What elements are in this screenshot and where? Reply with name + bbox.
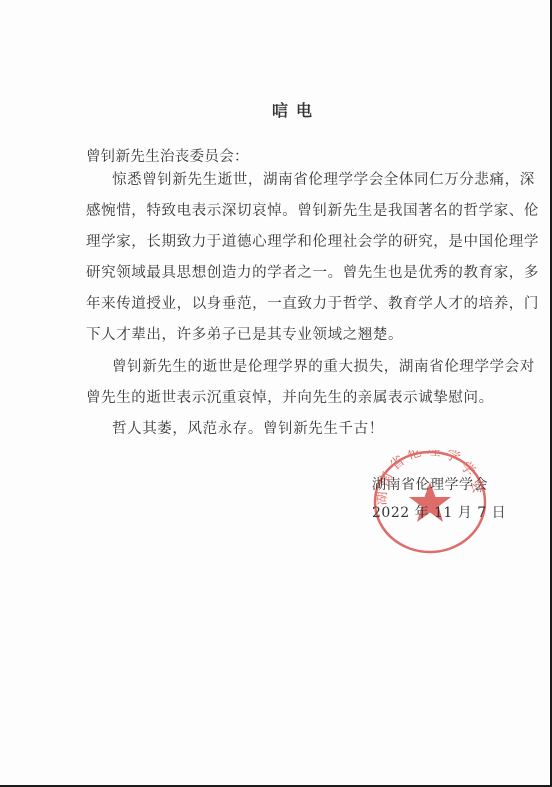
paragraph-3: 哲人其萎，风范永存。曾钊新先生千古！ [86,414,492,445]
paragraph-line: 感惋惜，特致电表示深切哀悼。曾钊新先生是我国著名的哲学家、伦 [86,196,492,227]
paragraph-line: 研究领域最具思想创造力的学者之一。曾先生也是优秀的教育家，多 [86,258,492,289]
paragraph-line: 曾钊新先生的逝世是伦理学界的重大损失，湖南省伦理学学会对 [86,352,492,383]
signature-organization: 湖南省伦理学学会 [372,474,488,494]
paragraph-line: 年来传道授业，以身垂范，一直致力于哲学、教育学人才的培养，门 [86,289,492,320]
salutation: 曾钊新先生治丧委员会： [86,145,249,166]
paragraph-2: 曾钊新先生的逝世是伦理学界的重大损失，湖南省伦理学学会对 曾先生的逝世表示沉重哀… [86,352,492,414]
document-page: 唁电 曾钊新先生治丧委员会： 惊悉曾钊新先生逝世，湖南省伦理学学会全体同仁万分悲… [0,0,552,787]
paragraph-1: 惊悉曾钊新先生逝世，湖南省伦理学学会全体同仁万分悲痛，深 感惋惜，特致电表示深切… [86,165,492,351]
paragraph-line: 惊悉曾钊新先生逝世，湖南省伦理学学会全体同仁万分悲痛，深 [86,165,492,196]
paragraph-line: 曾先生的逝世表示沉重哀悼，并向先生的亲属表示诚挚慰问。 [86,383,492,414]
document-title: 唁电 [0,98,552,121]
paragraph-line: 理学家，长期致力于道德心理学和伦理社会学的研究，是中国伦理学 [86,227,492,258]
signature-date: 2022 年 11 月 7 日 [372,502,506,522]
paragraph-line: 下人才辈出，许多弟子已是其专业领域之翘楚。 [86,320,492,351]
paragraph-line: 哲人其萎，风范永存。曾钊新先生千古！ [86,414,492,445]
